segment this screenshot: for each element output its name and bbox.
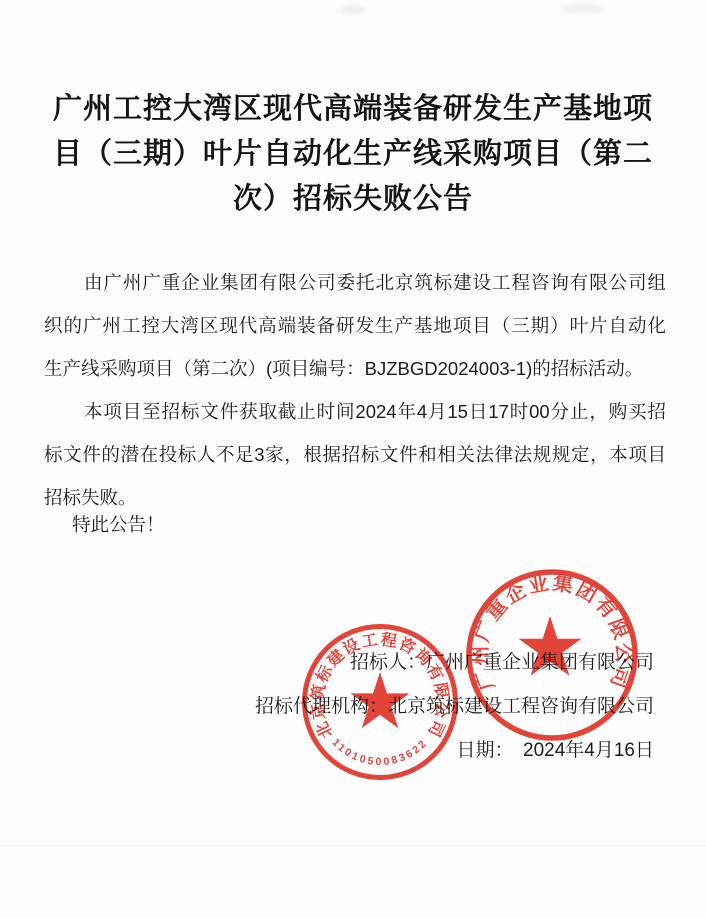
scan-smudge — [560, 4, 604, 14]
title-line-2: 目（三期）叶片自动化生产线采购项目（第二 — [40, 132, 666, 177]
document-title: 广州工控大湾区现代高端装备研发生产基地项 目（三期）叶片自动化生产线采购项目（第… — [40, 87, 666, 222]
document-body: 由广州广重企业集团有限公司委托北京筑标建设工程咨询有限公司组 织的广州工控大湾区… — [44, 261, 666, 519]
notice-line: 特此公告！ — [72, 503, 165, 546]
svg-text:1101050083622: 1101050083622 — [330, 736, 431, 768]
agency-company-seal-icon: 北京筑标建设工程咨询有限公司 1101050083622 — [295, 617, 465, 787]
paragraph-2-line-1: 本项目至招标文件获取截止时间2024年4月15日17时00分止，购买招 — [44, 390, 666, 433]
seal-registration-number: 1101050083622 — [330, 736, 431, 768]
paragraph-1-line-1: 由广州广重企业集团有限公司委托北京筑标建设工程咨询有限公司组 — [44, 261, 666, 304]
document-page: 广州工控大湾区现代高端装备研发生产基地项 目（三期）叶片自动化生产线采购项目（第… — [0, 0, 706, 918]
title-line-1: 广州工控大湾区现代高端装备研发生产基地项 — [40, 87, 666, 132]
scan-artifact-line — [0, 845, 706, 846]
paragraph-1-line-3: 生产线采购项目（第二次）(项目编号：BJZBGD2024003-1)的招标活动。 — [44, 347, 666, 390]
title-line-3: 次）招标失败公告 — [40, 177, 666, 222]
paragraph-2-line-2: 标文件的潜在投标人不足3家，根据招标文件和相关法律法规规定，本项目 — [44, 433, 666, 476]
scan-smudge — [340, 6, 366, 14]
seal-star-icon — [351, 672, 410, 728]
seal-star-icon — [519, 616, 582, 676]
bidder-company-seal-icon: 广州广重企业集团有限公司 — [462, 565, 642, 745]
paragraph-1-line-2: 织的广州工控大湾区现代高端装备研发生产基地项目（三期）叶片自动化 — [44, 304, 666, 347]
